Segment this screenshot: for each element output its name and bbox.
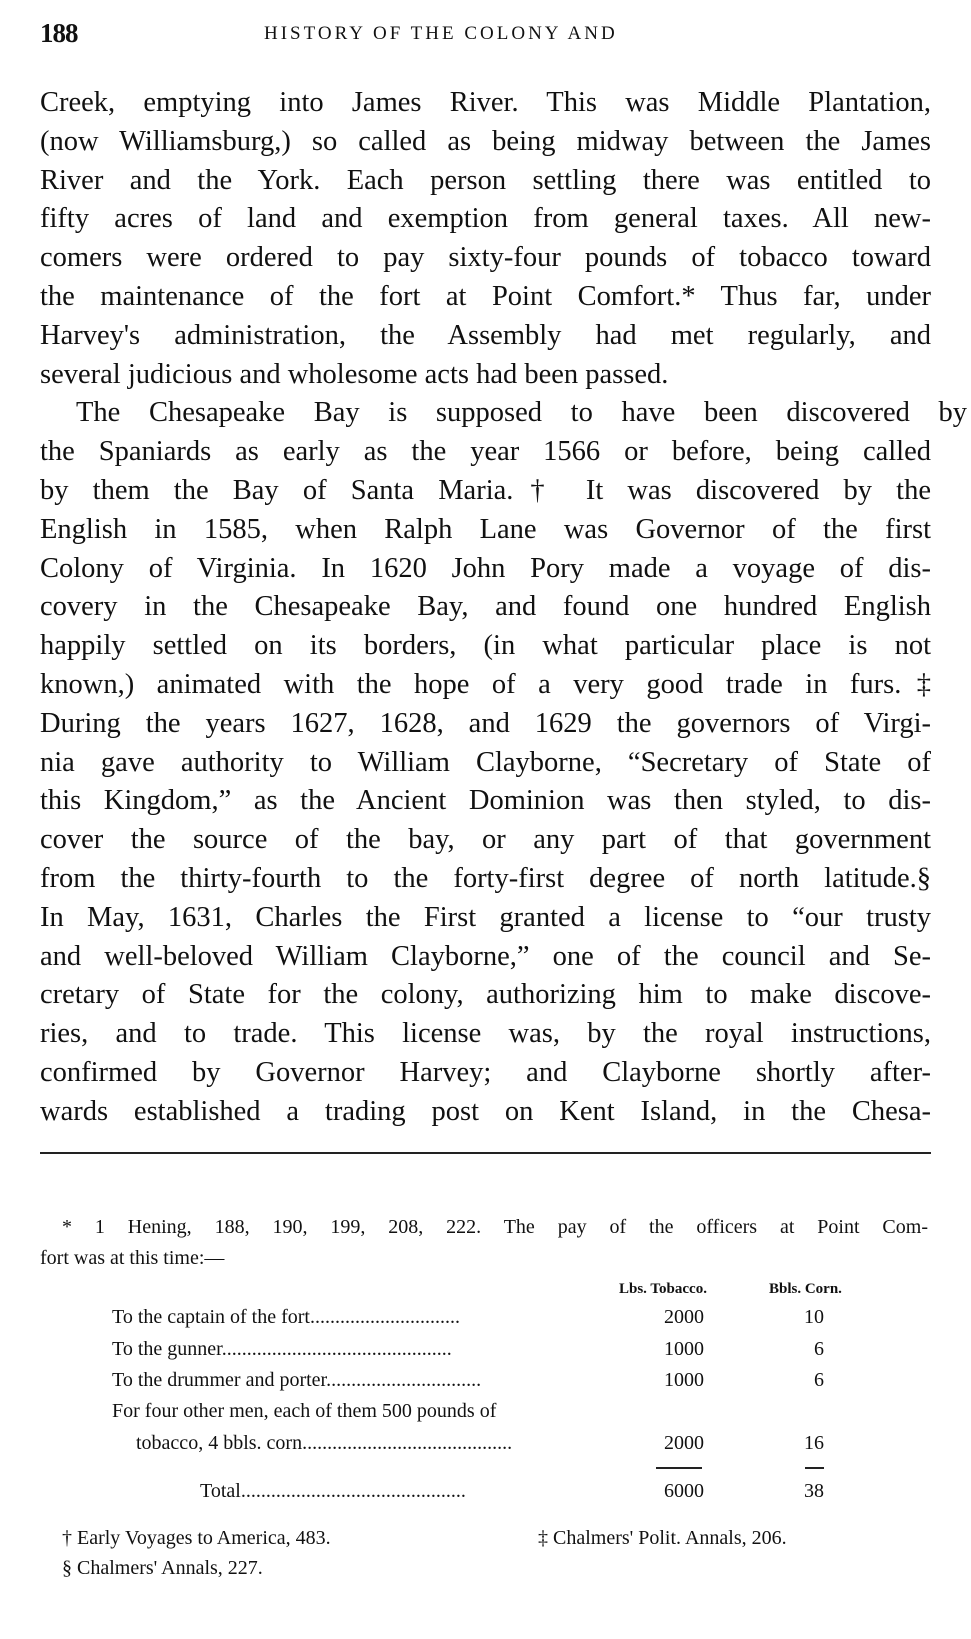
- column-header-tobacco: Lbs. Tobacco.: [619, 1281, 707, 1298]
- body-line: wards established a trading post on Kent…: [40, 1093, 931, 1132]
- body-line: ries, and to trade. This license was, by…: [40, 1015, 931, 1054]
- body-line: the maintenance of the fort at Point Com…: [40, 278, 931, 317]
- leader-dots: ...............................: [326, 1369, 481, 1391]
- body-line: known,) animated with the hope of a very…: [40, 666, 931, 705]
- footnote-double-dagger: ‡ Chalmers' Polit. Annals, 206.: [538, 1527, 787, 1550]
- tobacco-value: 2000: [652, 1306, 704, 1329]
- tobacco-value: 1000: [652, 1369, 704, 1392]
- sum-rule-corn: [805, 1467, 824, 1469]
- leader-dots: ........................................…: [222, 1338, 452, 1360]
- footnote-dagger: † Early Voyages to America, 483.: [62, 1527, 331, 1550]
- leader-dots: ........................................…: [241, 1480, 466, 1502]
- corn-value: 10: [780, 1306, 824, 1329]
- body-text: Creek, emptying into James River. This w…: [40, 84, 931, 1132]
- body-line: by them the Bay of Santa Maria.† It was …: [40, 472, 931, 511]
- body-line: confirmed by Governor Harvey; and Claybo…: [40, 1054, 931, 1093]
- tobacco-value: 2000: [652, 1432, 704, 1455]
- tobacco-value: 1000: [652, 1338, 704, 1361]
- body-line: happily settled on its borders, (in what…: [40, 627, 931, 666]
- footnote-divider: [40, 1152, 931, 1154]
- body-line: In May, 1631, Charles the First granted …: [40, 899, 931, 938]
- body-line: covery in the Chesapeake Bay, and found …: [40, 588, 931, 627]
- body-line: and well-beloved William Clayborne,” one…: [40, 938, 931, 977]
- leader-dots: ........................................…: [302, 1432, 512, 1454]
- running-head: HISTORY OF THE COLONY AND: [264, 23, 618, 45]
- row-label: To the gunner...........................…: [112, 1338, 452, 1361]
- body-line: cretary of State for the colony, authori…: [40, 976, 931, 1015]
- footnote-section: § Chalmers' Annals, 227.: [62, 1557, 263, 1580]
- body-line: comers were ordered to pay sixty-four po…: [40, 239, 931, 278]
- footnote-1-line-2: fort was at this time:—: [40, 1247, 224, 1270]
- corn-value: 6: [780, 1338, 824, 1361]
- body-line: Colony of Virginia. In 1620 John Pory ma…: [40, 550, 931, 589]
- body-line: from the thirty-fourth to the forty-firs…: [40, 860, 931, 899]
- row-label: tobacco, 4 bbls. corn...................…: [136, 1432, 512, 1455]
- body-line: this Kingdom,” as the Ancient Dominion w…: [40, 782, 931, 821]
- body-line-paragraph-start: The Chesapeake Bay is supposed to have b…: [40, 394, 967, 433]
- body-line: Creek, emptying into James River. This w…: [40, 84, 931, 123]
- total-corn: 38: [780, 1480, 824, 1503]
- body-line: cover the source of the bay, or any part…: [40, 821, 931, 860]
- page-header: 188 HISTORY OF THE COLONY AND: [40, 18, 930, 52]
- body-line: the Spaniards as early as the year 1566 …: [40, 433, 931, 472]
- column-header-corn: Bbls. Corn.: [769, 1281, 842, 1298]
- footnote-1-line-1: * 1 Hening, 188, 190, 199, 208, 222. The…: [62, 1216, 928, 1239]
- leader-dots: ..............................: [310, 1306, 460, 1328]
- body-line: several judicious and wholesome acts had…: [40, 356, 931, 395]
- corn-value: 6: [780, 1369, 824, 1392]
- sum-rule-tobacco: [656, 1467, 702, 1469]
- body-line: River and the York. Each person settling…: [40, 162, 931, 201]
- body-line: nia gave authority to William Clayborne,…: [40, 744, 931, 783]
- total-tobacco: 6000: [652, 1480, 704, 1503]
- row-label: For four other men, each of them 500 pou…: [112, 1400, 496, 1423]
- body-line: During the years 1627, 1628, and 1629 th…: [40, 705, 931, 744]
- body-line: Harvey's administration, the Assembly ha…: [40, 317, 931, 356]
- body-line: English in 1585, when Ralph Lane was Gov…: [40, 511, 931, 550]
- total-label: Total...................................…: [200, 1480, 466, 1503]
- row-label: To the drummer and porter...............…: [112, 1369, 481, 1392]
- body-line: fifty acres of land and exemption from g…: [40, 200, 931, 239]
- body-line: (now Williamsburg,) so called as being m…: [40, 123, 931, 162]
- corn-value: 16: [780, 1432, 824, 1455]
- page-number: 188: [40, 18, 78, 49]
- row-label: To the captain of the fort..............…: [112, 1306, 460, 1329]
